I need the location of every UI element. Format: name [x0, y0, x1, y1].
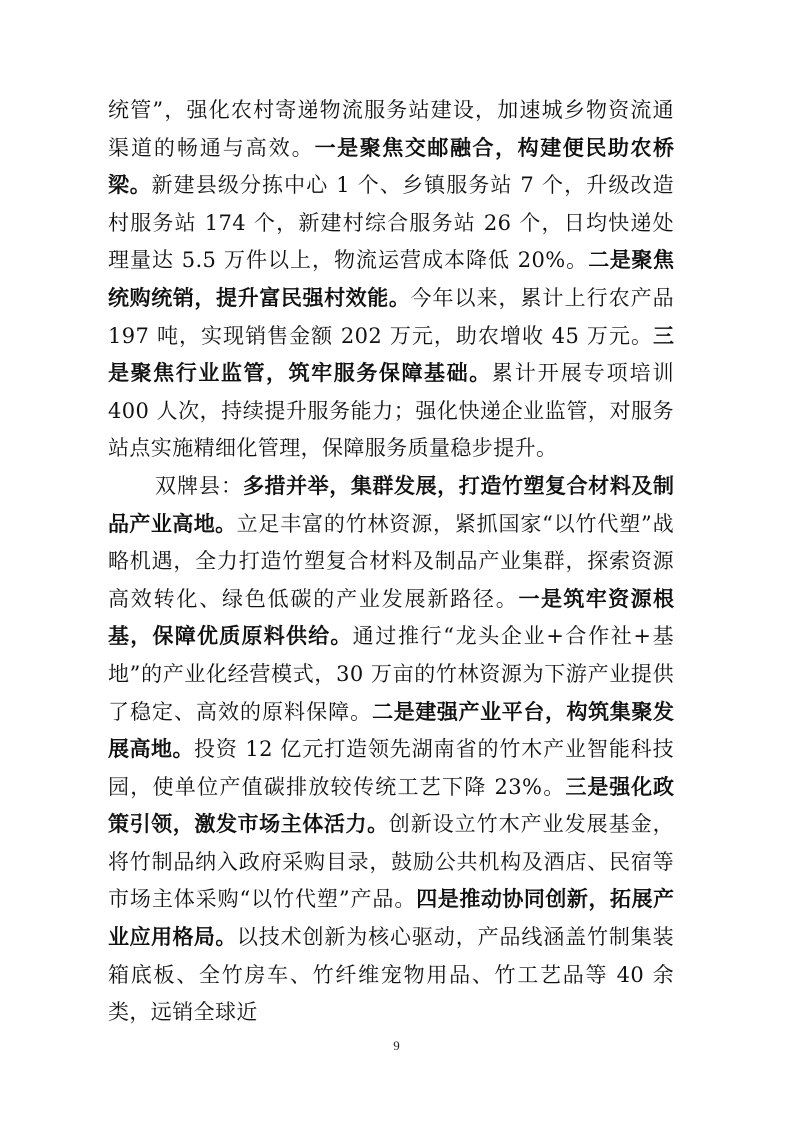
paragraph-shuangpai-county: 双牌县：多措并举，集群发展，打造竹塑复合材料及制品产业高地。立足丰富的竹林资源，… — [108, 468, 674, 1032]
document-page: 统管”，强化农村寄递物流服务站建设，加速城乡物资流通渠道的畅通与高效。一是聚焦交… — [0, 0, 793, 1122]
body-text: 统管”，强化农村寄递物流服务站建设，加速城乡物资流通渠道的畅通与高效。一是聚焦交… — [108, 92, 674, 1032]
page-number: 9 — [0, 1038, 793, 1054]
county-label: 双牌县： — [155, 474, 243, 498]
paragraph-rural-logistics: 统管”，强化农村寄递物流服务站建设，加速城乡物资流通渠道的畅通与高效。一是聚焦交… — [108, 92, 674, 468]
